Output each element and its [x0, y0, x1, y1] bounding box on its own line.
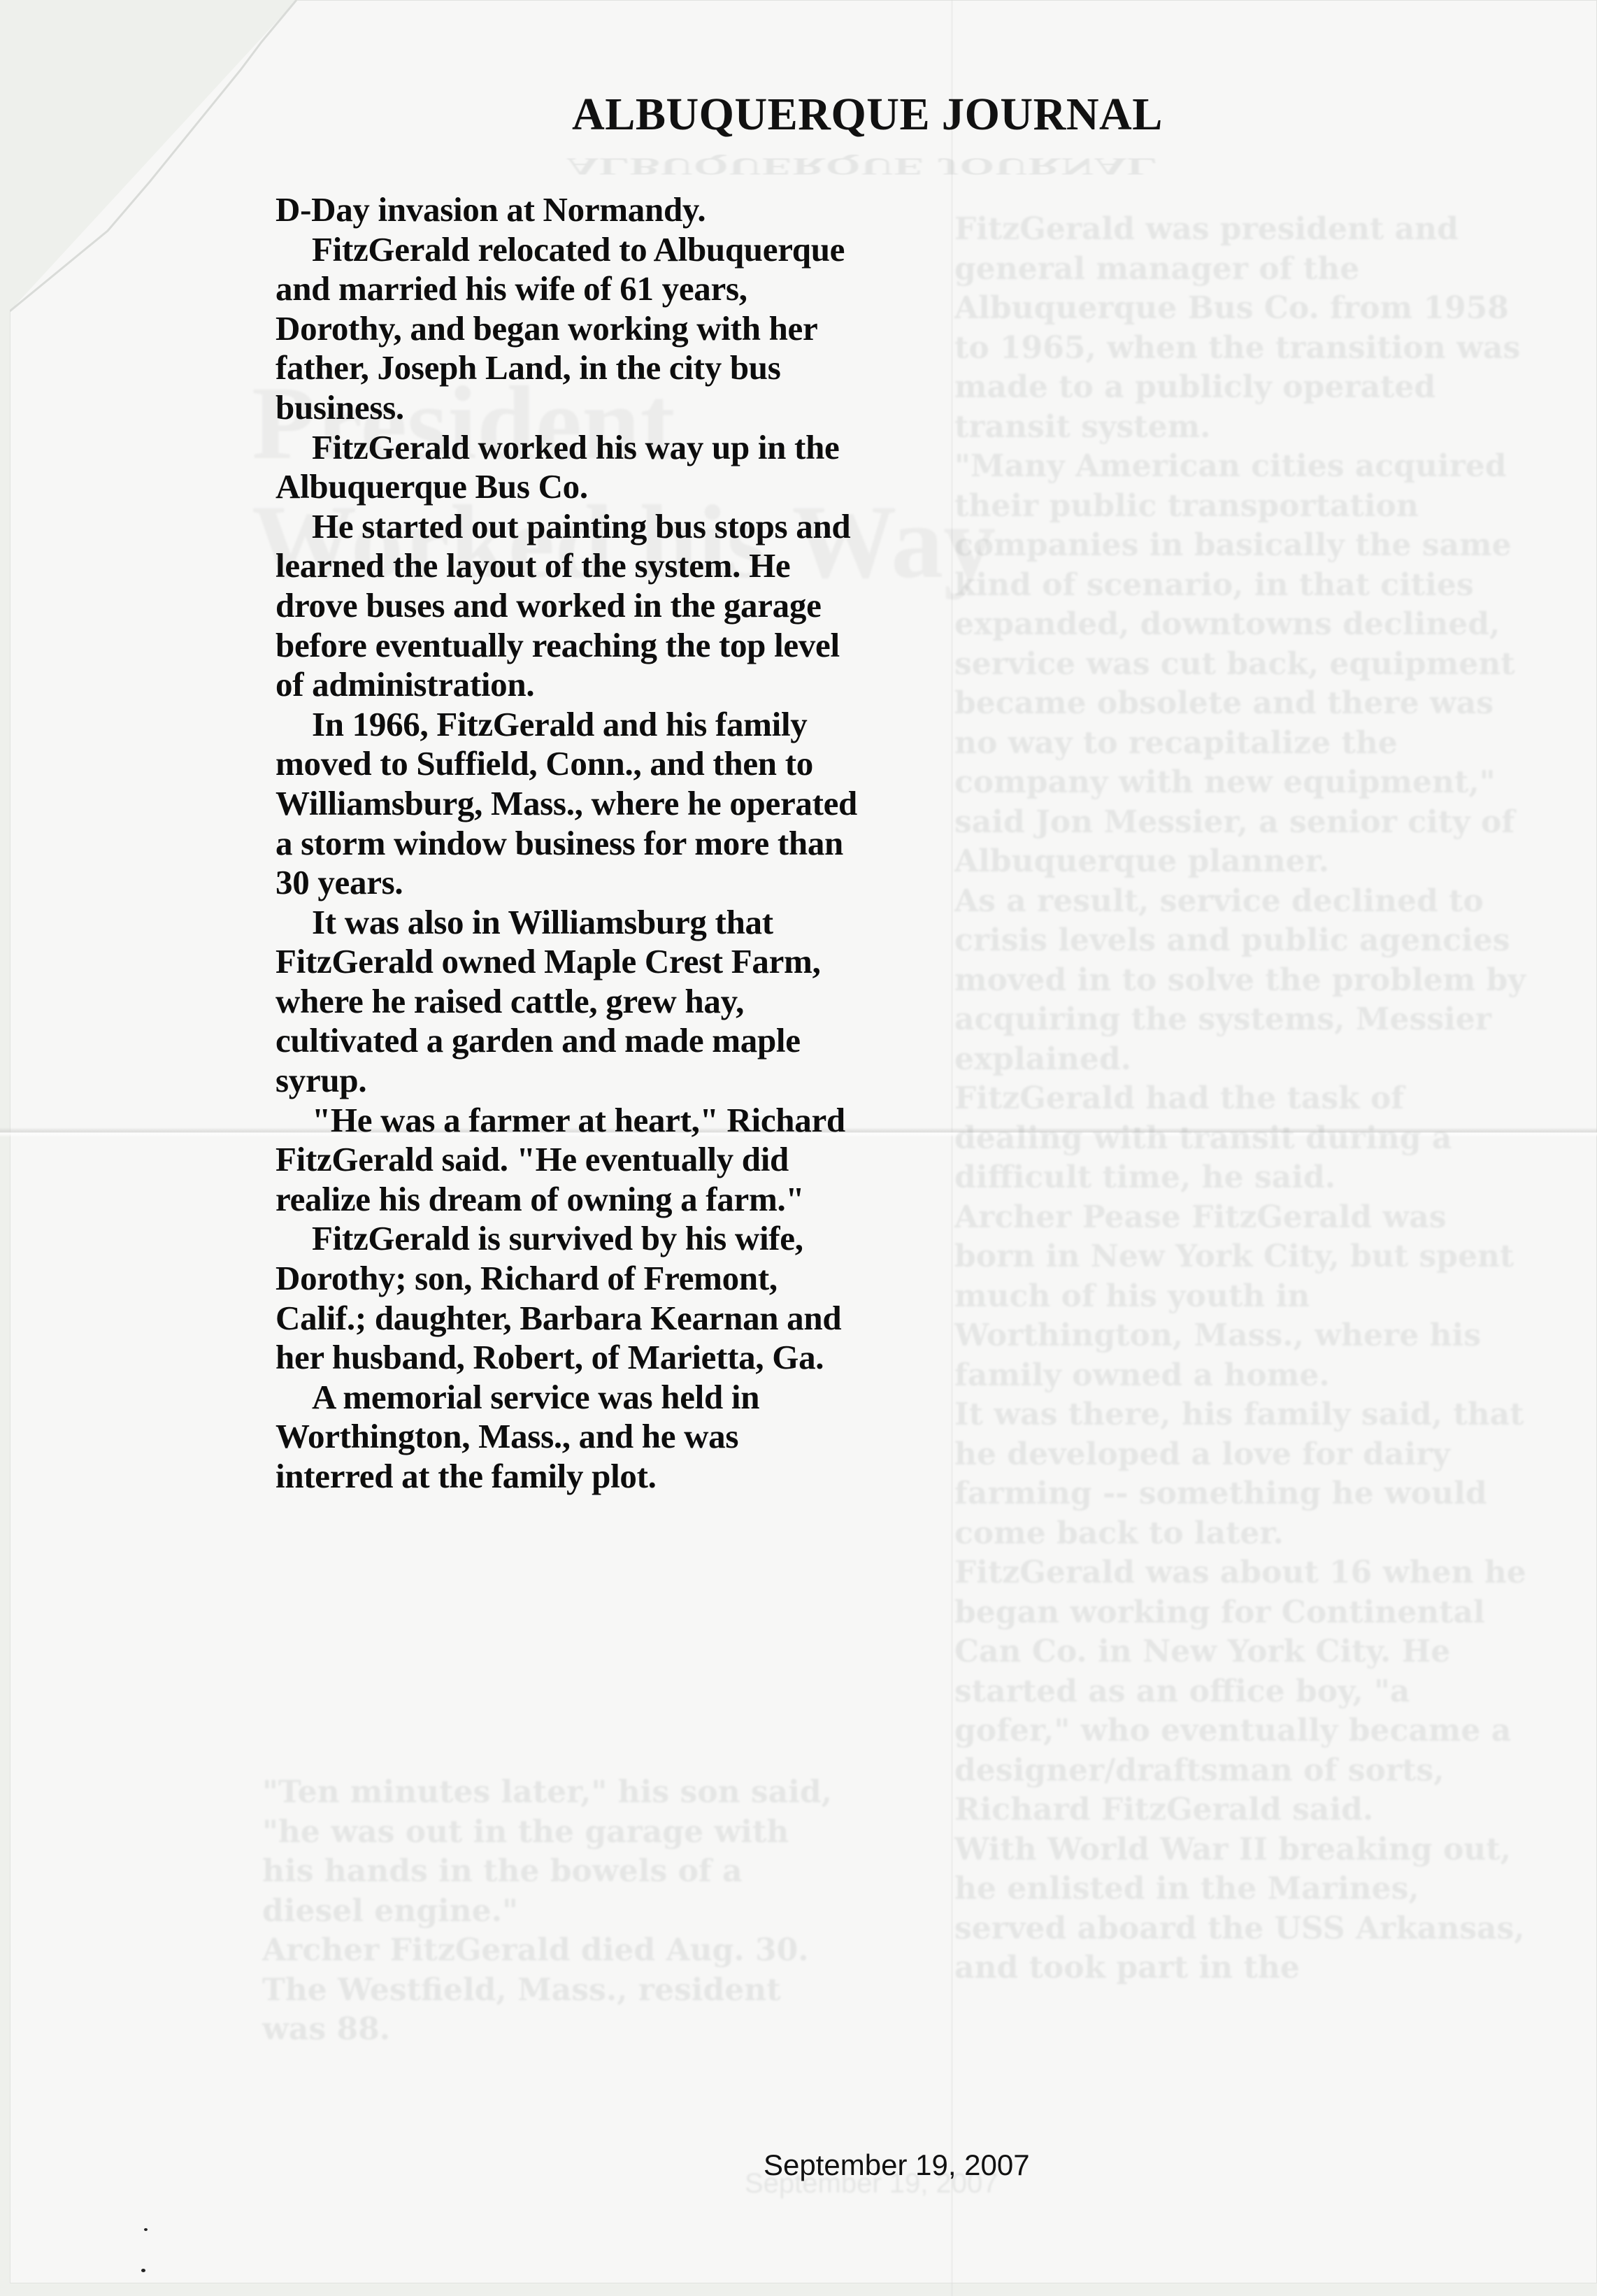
article-paragraph: He started out painting bus stops and le…: [275, 507, 863, 705]
article-paragraph: D-Day invasion at Normandy.: [275, 190, 863, 230]
article-paragraph: It was also in Williamsburg that FitzGer…: [275, 903, 863, 1101]
article-paragraph: FitzGerald is survived by his wife, Doro…: [275, 1219, 863, 1377]
scan-speck: [144, 2228, 148, 2231]
vertical-fold-crease: [951, 0, 953, 2296]
scan-speck: [141, 2269, 145, 2272]
article-paragraph: In 1966, FitzGerald and his family moved…: [275, 705, 863, 903]
article-paragraph: "He was a farmer at heart," Richard Fitz…: [275, 1101, 863, 1220]
article-paragraph: FitzGerald worked his way up in the Albu…: [275, 428, 863, 507]
publication-date: September 19, 2007: [764, 2148, 1030, 2182]
article-paragraph: A memorial service was held in Worthingt…: [275, 1378, 863, 1497]
article-paragraph: FitzGerald relocated to Albuquerque and …: [275, 230, 863, 428]
article-body: D-Day invasion at Normandy. FitzGerald r…: [275, 190, 863, 1497]
newspaper-masthead: ALBUQUERQUE JOURNAL: [572, 88, 1163, 141]
